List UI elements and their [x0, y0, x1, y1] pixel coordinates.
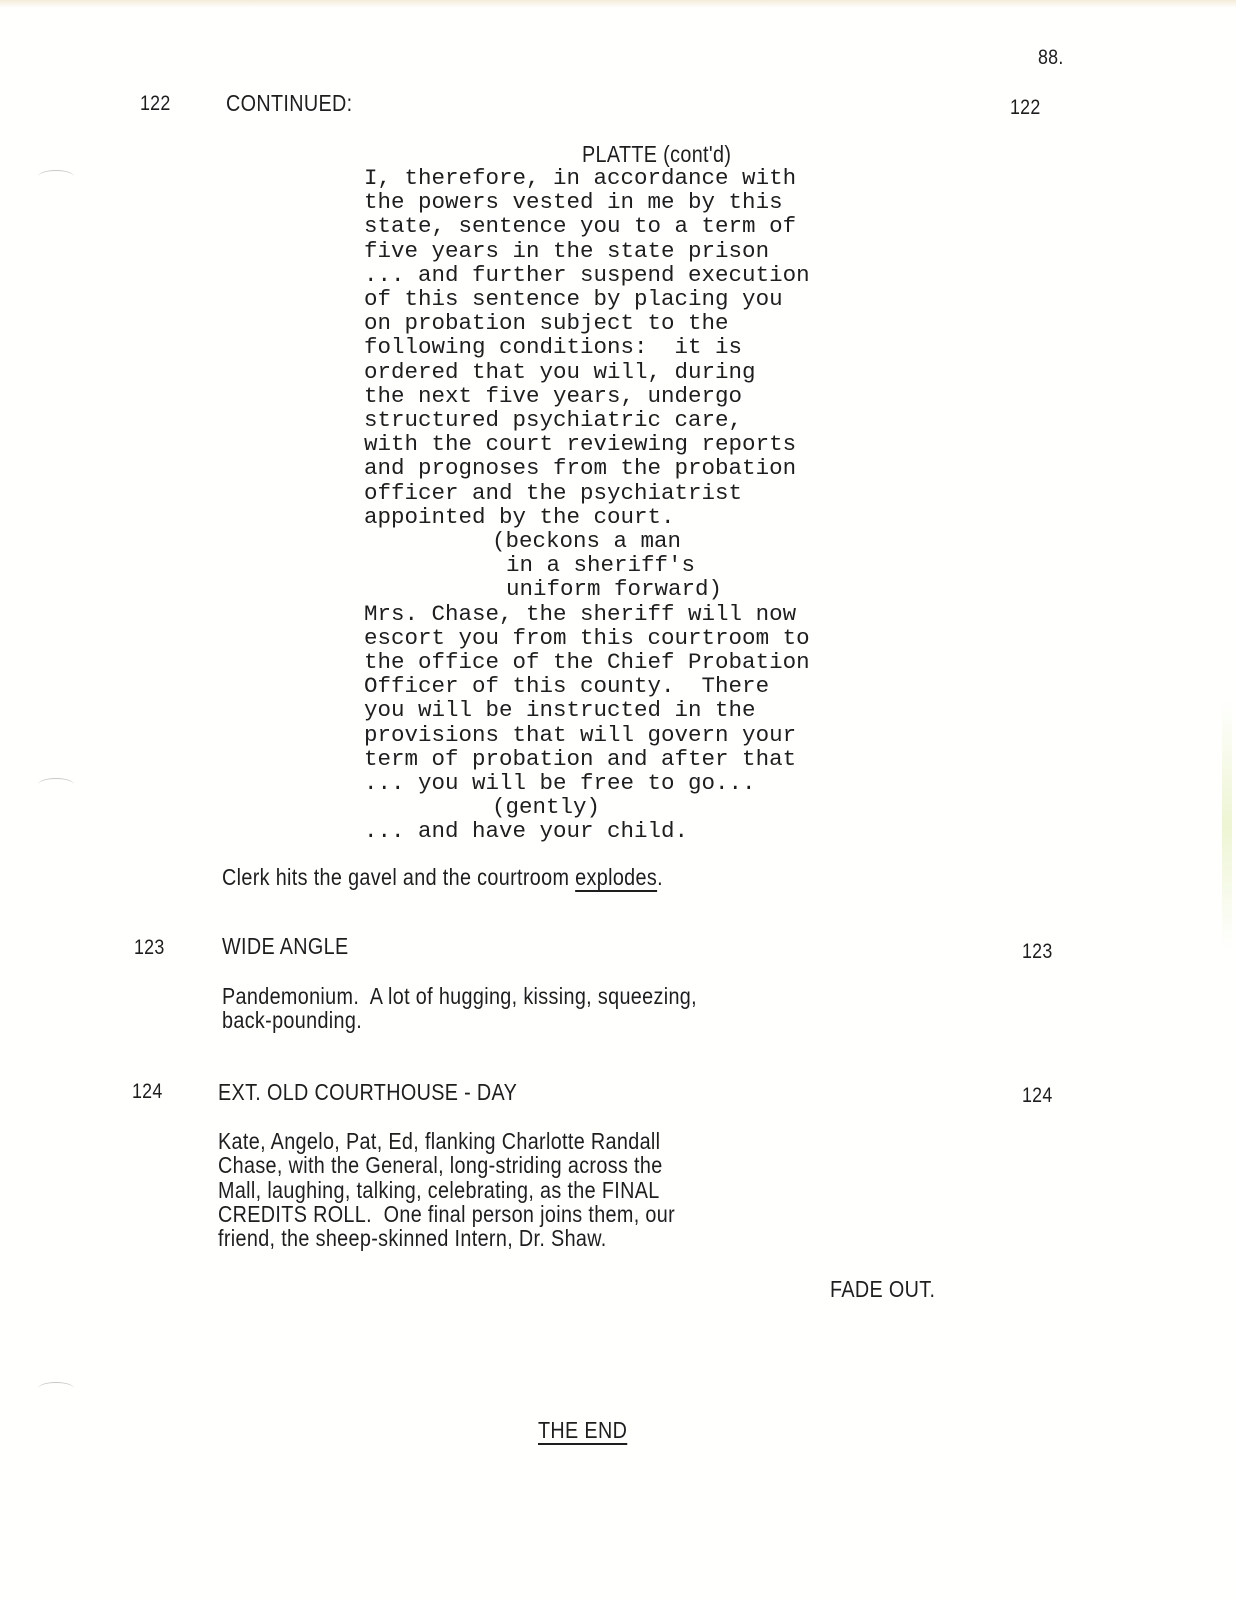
transition: FADE OUT. — [830, 1277, 935, 1302]
punch-hole-mark — [38, 170, 74, 183]
scene-number-left: 122 — [140, 92, 171, 117]
parenthetical: (gently) — [364, 795, 854, 819]
dialogue-line: ... you will be free to go... — [364, 771, 854, 795]
dialogue-block: I, therefore, in accordance with the pow… — [364, 166, 854, 844]
action-line: Pandemonium. A lot of hugging, kissing, … — [222, 984, 697, 1009]
dialogue-line: with the court reviewing reports — [364, 432, 854, 456]
parenthetical: uniform forward) — [364, 577, 854, 601]
scene-heading: CONTINUED: — [226, 91, 353, 116]
scene-number-right: 124 — [1022, 1084, 1053, 1109]
paper-stain — [1222, 700, 1232, 950]
dialogue-line: term of probation and after that — [364, 747, 854, 771]
dialogue-line: escort you from this courtroom to — [364, 626, 854, 650]
dialogue-line: ... and have your child. — [364, 819, 854, 843]
scene-heading: EXT. OLD COURTHOUSE - DAY — [218, 1080, 517, 1105]
action-line: Kate, Angelo, Pat, Ed, flanking Charlott… — [218, 1129, 660, 1154]
dialogue-line: ordered that you will, during — [364, 360, 854, 384]
dialogue-line: and prognoses from the probation — [364, 456, 854, 480]
dialogue-line: you will be instructed in the — [364, 698, 854, 722]
action-line: friend, the sheep-skinned Intern, Dr. Sh… — [218, 1226, 607, 1251]
dialogue-line: of this sentence by placing you — [364, 287, 854, 311]
parenthetical: (beckons a man — [364, 529, 854, 553]
dialogue-line: the next five years, undergo — [364, 384, 854, 408]
dialogue-line: officer and the psychiatrist — [364, 481, 854, 505]
page-number: 88. — [1038, 46, 1064, 71]
action-line: back-pounding. — [222, 1008, 362, 1033]
scene-heading: WIDE ANGLE — [222, 934, 349, 959]
the-end: THE END — [538, 1418, 627, 1443]
scene-number-left: 123 — [134, 936, 165, 961]
dialogue-line: the office of the Chief Probation — [364, 650, 854, 674]
scene-number-right: 122 — [1010, 96, 1041, 121]
script-page: 88. 122 CONTINUED: 122 PLATTE (cont'd) I… — [0, 0, 1236, 1600]
paper-stain — [0, 0, 1236, 8]
action-line: Chase, with the General, long-striding a… — [218, 1153, 663, 1178]
punch-hole-mark — [38, 1382, 74, 1395]
dialogue-line: provisions that will govern your — [364, 723, 854, 747]
dialogue-line: Mrs. Chase, the sheriff will now — [364, 602, 854, 626]
dialogue-line: state, sentence you to a term of — [364, 214, 854, 238]
punch-hole-mark — [38, 778, 74, 791]
underlined-word: explodes — [575, 864, 657, 890]
action-line: CREDITS ROLL. One final person joins the… — [218, 1202, 675, 1227]
scene-number-right: 123 — [1022, 940, 1053, 965]
character-name: PLATTE (cont'd) — [582, 142, 731, 167]
dialogue-line: following conditions: it is — [364, 335, 854, 359]
dialogue-line: I, therefore, in accordance with — [364, 166, 854, 190]
parenthetical: in a sheriff's — [364, 553, 854, 577]
dialogue-line: appointed by the court. — [364, 505, 854, 529]
action-line: Mall, laughing, talking, celebrating, as… — [218, 1178, 660, 1203]
dialogue-line: ... and further suspend execution — [364, 263, 854, 287]
scene-number-left: 124 — [132, 1080, 163, 1105]
dialogue-line: five years in the state prison — [364, 239, 854, 263]
dialogue-line: Officer of this county. There — [364, 674, 854, 698]
dialogue-line: the powers vested in me by this — [364, 190, 854, 214]
action-line: Clerk hits the gavel and the courtroom e… — [222, 865, 663, 890]
dialogue-line: on probation subject to the — [364, 311, 854, 335]
dialogue-line: structured psychiatric care, — [364, 408, 854, 432]
